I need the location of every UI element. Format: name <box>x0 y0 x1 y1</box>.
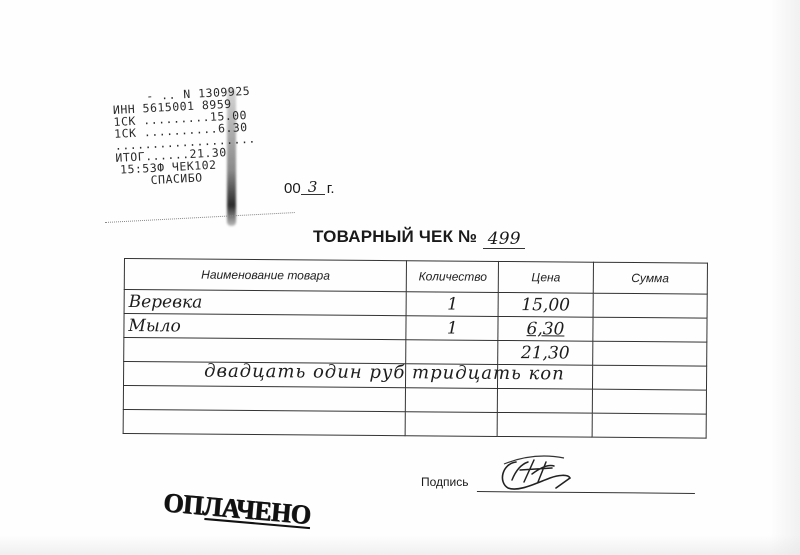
table-header-row: Наименование товара Количество Цена Сумм… <box>124 259 707 295</box>
item-sum <box>593 293 708 318</box>
item-name <box>124 338 407 364</box>
signature-label: Подпись <box>421 475 469 489</box>
empty-cell <box>498 388 592 413</box>
item-name: Мыло <box>124 314 407 340</box>
total-in-words: двадцать один руб тридцать коп <box>204 361 565 385</box>
table-row-total-words: двадцать один руб тридцать коп <box>123 362 706 391</box>
item-price: 6,30 <box>498 316 592 341</box>
empty-cell <box>592 389 707 414</box>
receipt-number: 499 <box>483 230 525 249</box>
header-sum: Сумма <box>593 262 708 294</box>
handwritten-signature-icon <box>494 452 574 496</box>
item-name: Веревка <box>124 290 407 316</box>
empty-cell <box>123 386 406 412</box>
document-year: 00 3 г. <box>284 180 335 197</box>
empty-cell <box>592 413 707 438</box>
receipt-items-table: Наименование товара Количество Цена Сумм… <box>123 258 708 439</box>
slip-ink-smear <box>227 88 236 226</box>
header-price: Цена <box>499 261 593 293</box>
page-title: ТОВАРНЫЙ ЧЕК № 499 <box>313 227 525 247</box>
scan-bottom-shadow <box>0 535 800 555</box>
slip-tear-edge <box>105 212 295 223</box>
empty-cell <box>123 409 406 435</box>
table-row <box>123 409 706 438</box>
year-prefix: 00 <box>284 180 301 197</box>
item-sum <box>592 317 707 342</box>
item-price: 15,00 <box>499 292 593 317</box>
empty-cell <box>498 412 592 437</box>
cash-register-slip: - .. N 1309925 ИНН 5615001 8959 1СК ....… <box>112 84 277 188</box>
item-sum <box>592 341 707 366</box>
item-quantity <box>406 340 498 365</box>
total-price: 21,30 <box>498 340 592 365</box>
empty-cell <box>406 388 498 413</box>
header-item-name: Наименование товара <box>124 259 407 292</box>
header-quantity: Количество <box>407 261 499 293</box>
year-suffix: г. <box>327 180 335 197</box>
title-label: ТОВАРНЫЙ ЧЕК № <box>313 227 477 247</box>
paid-stamp: ОПЛАЧЕНО <box>162 487 312 531</box>
scan-edge-shadow <box>770 0 800 555</box>
year-handwritten: 3 <box>301 180 325 195</box>
item-quantity: 1 <box>406 316 498 341</box>
empty-cell <box>406 412 498 437</box>
item-quantity: 1 <box>406 292 498 317</box>
total-words-cell: двадцать один руб тридцать коп <box>123 362 406 388</box>
empty-cell <box>592 365 707 390</box>
